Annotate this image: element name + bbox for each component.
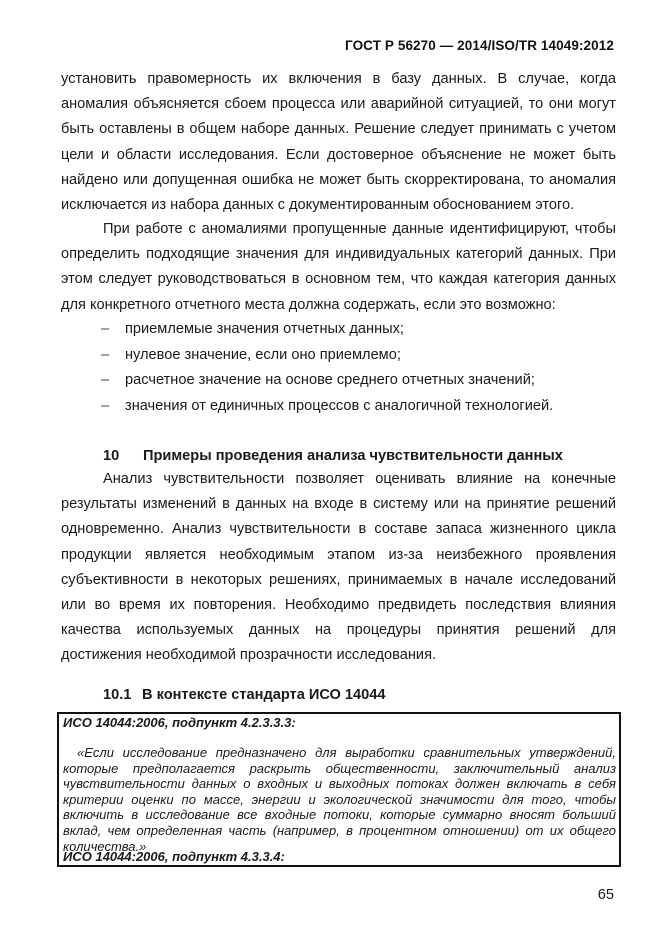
quote-text: «Если исследование предназначено для выр… xyxy=(63,745,616,854)
dash-bullet-icon: – xyxy=(101,343,109,369)
quote-reference-title-2: ИСО 14044:2006, подпункт 4.3.3.4: xyxy=(63,849,285,865)
dash-bullet-icon: – xyxy=(101,317,109,343)
list-item-text: нулевое значение, если оно приемлемо; xyxy=(125,347,401,363)
list-item-text: расчетное значение на основе среднего от… xyxy=(125,372,535,388)
list-item: –значения от единичных процессов с анало… xyxy=(61,394,616,420)
paragraph-anomaly-inclusion: установить правомерность их включения в … xyxy=(61,67,616,218)
section-title: В контексте стандарта ИСО 14044 xyxy=(142,687,386,703)
dash-bullet-icon: – xyxy=(101,368,109,394)
data-categories-list: –приемлемые значения отчетных данных; –н… xyxy=(61,317,616,419)
list-item: –приемлемые значения отчетных данных; xyxy=(61,317,616,343)
section-heading-10: 10Примеры проведения анализа чувствитель… xyxy=(103,444,563,468)
paragraph-missing-data: При работе с аномалиями пропущенные данн… xyxy=(61,217,616,318)
section-number: 10.1 xyxy=(103,683,142,707)
section-number: 10 xyxy=(103,444,143,468)
paragraph-sensitivity-analysis: Анализ чувствительности позволяет оценив… xyxy=(61,467,616,669)
paragraph-text: Анализ чувствительности позволяет оценив… xyxy=(61,467,616,669)
list-item: –нулевое значение, если оно приемлемо; xyxy=(61,343,616,369)
list-item: –расчетное значение на основе среднего о… xyxy=(61,368,616,394)
paragraph-text: При работе с аномалиями пропущенные данн… xyxy=(61,217,616,318)
quote-reference-title: ИСО 14044:2006, подпункт 4.2.3.3.3: xyxy=(63,715,296,731)
list-item-text: приемлемые значения отчетных данных; xyxy=(125,321,404,337)
section-title: Примеры проведения анализа чувствительно… xyxy=(143,448,563,464)
list-item-text: значения от единичных процессов с аналог… xyxy=(125,398,553,414)
iso-quote-box: ИСО 14044:2006, подпункт 4.2.3.3.3: «Есл… xyxy=(57,712,621,867)
section-heading-10-1: 10.1В контексте стандарта ИСО 14044 xyxy=(103,683,386,707)
document-header: ГОСТ Р 56270 — 2014/ISO/TR 14049:2012 xyxy=(345,38,614,53)
dash-bullet-icon: – xyxy=(101,394,109,420)
paragraph-text: установить правомерность их включения в … xyxy=(61,67,616,218)
page-number: 65 xyxy=(598,887,614,903)
